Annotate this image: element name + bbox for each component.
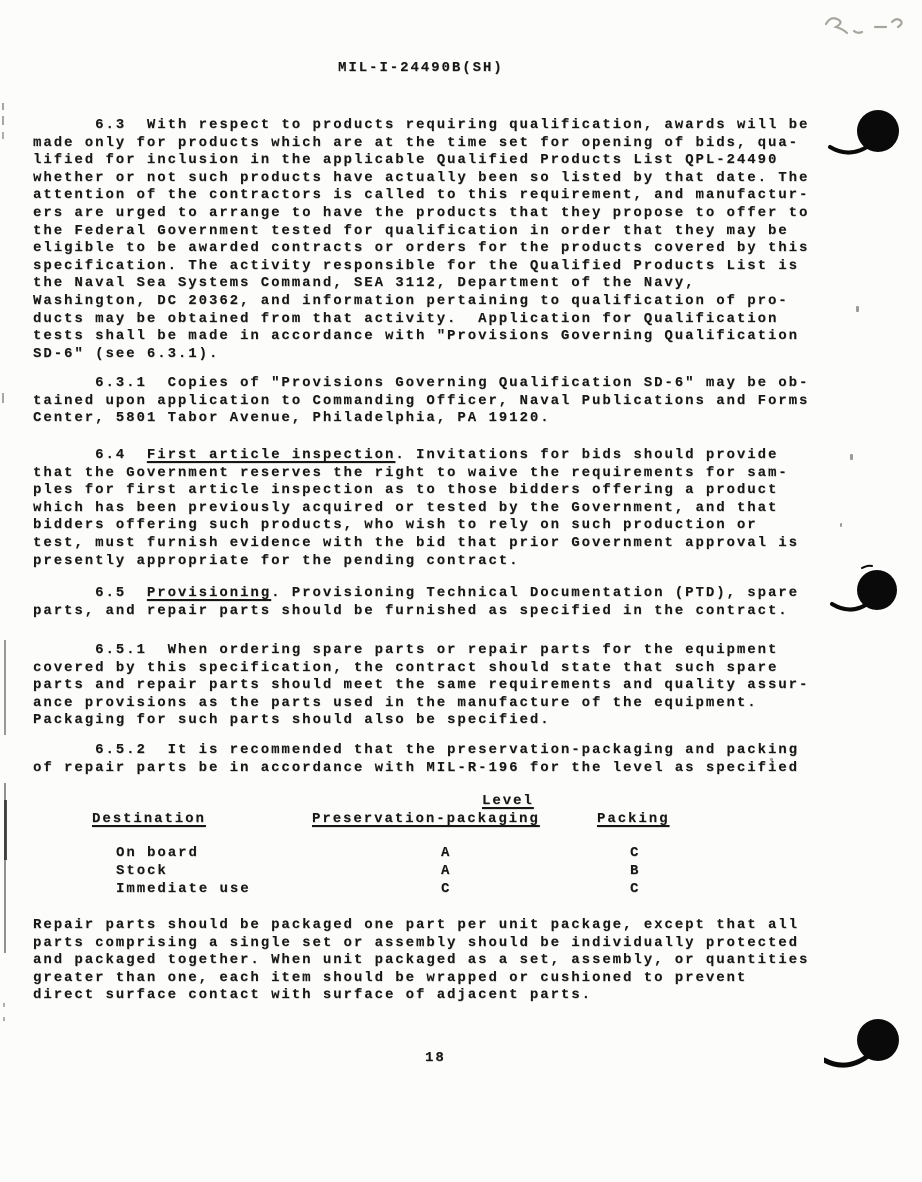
scan-artifact bbox=[3, 1003, 5, 1007]
scan-artifact bbox=[3, 1017, 5, 1021]
document-title: MIL-I-24490B(SH) bbox=[338, 60, 504, 78]
paragraph-6-4-heading: First article inspection bbox=[147, 447, 395, 463]
paragraph-6-5-heading: Provisioning bbox=[147, 585, 271, 601]
table-cell-packing: B bbox=[630, 863, 640, 881]
closing-paragraph: Repair parts should be packaged one part… bbox=[33, 917, 809, 1005]
table-cell-preservation: A bbox=[441, 845, 451, 863]
table-cell-packing: C bbox=[630, 881, 640, 899]
paragraph-6-3: 6.3 With respect to products requiring q… bbox=[33, 117, 809, 363]
pencil-scribble bbox=[818, 6, 913, 47]
ink-blob-top bbox=[826, 103, 908, 168]
paragraph-6-5-1: 6.5.1 When ordering spare parts or repai… bbox=[33, 642, 809, 730]
paragraph-6-4-body: . Invitations for bids should provide th… bbox=[33, 447, 799, 569]
table-cell-destination: On board bbox=[116, 845, 199, 863]
packaging-level-table: Level Destination Preservation-packaging… bbox=[0, 793, 922, 905]
page-number: 18 bbox=[425, 1050, 446, 1068]
table-header-packing: Packing bbox=[597, 811, 669, 829]
scan-speck bbox=[840, 523, 842, 527]
paragraph-6-5-2: 6.5.2 It is recommended that the preserv… bbox=[33, 742, 799, 777]
table-header-destination: Destination bbox=[92, 811, 206, 829]
paragraph-6-4-number: 6.4 bbox=[33, 447, 147, 463]
scan-artifact bbox=[4, 800, 7, 860]
table-cell-preservation: A bbox=[441, 863, 451, 881]
table-cell-destination: Immediate use bbox=[116, 881, 251, 899]
document-page: MIL-I-24490B(SH) 6.3 With respect to pro… bbox=[0, 0, 922, 1182]
ink-blob-middle bbox=[824, 562, 906, 627]
scan-artifact bbox=[4, 640, 6, 735]
ink-blob-bottom bbox=[824, 1010, 910, 1079]
table-level-label: Level bbox=[482, 793, 534, 811]
table-cell-destination: Stock bbox=[116, 863, 168, 881]
scan-speck bbox=[850, 454, 853, 460]
scan-speck bbox=[770, 758, 773, 761]
paragraph-6-5-number: 6.5 bbox=[33, 585, 147, 601]
scan-artifact bbox=[2, 393, 4, 403]
paragraph-6-5: 6.5 Provisioning. Provisioning Technical… bbox=[33, 585, 799, 620]
scan-artifact bbox=[2, 103, 4, 110]
scan-artifact bbox=[2, 132, 4, 139]
table-header-preservation-packaging: Preservation-packaging bbox=[312, 811, 540, 829]
table-cell-preservation: C bbox=[441, 881, 451, 899]
scan-artifact bbox=[2, 116, 4, 125]
paragraph-6-3-1: 6.3.1 Copies of "Provisions Governing Qu… bbox=[33, 375, 809, 428]
table-cell-packing: C bbox=[630, 845, 640, 863]
scan-speck bbox=[856, 306, 859, 312]
paragraph-6-4: 6.4 First article inspection. Invitation… bbox=[33, 447, 799, 570]
